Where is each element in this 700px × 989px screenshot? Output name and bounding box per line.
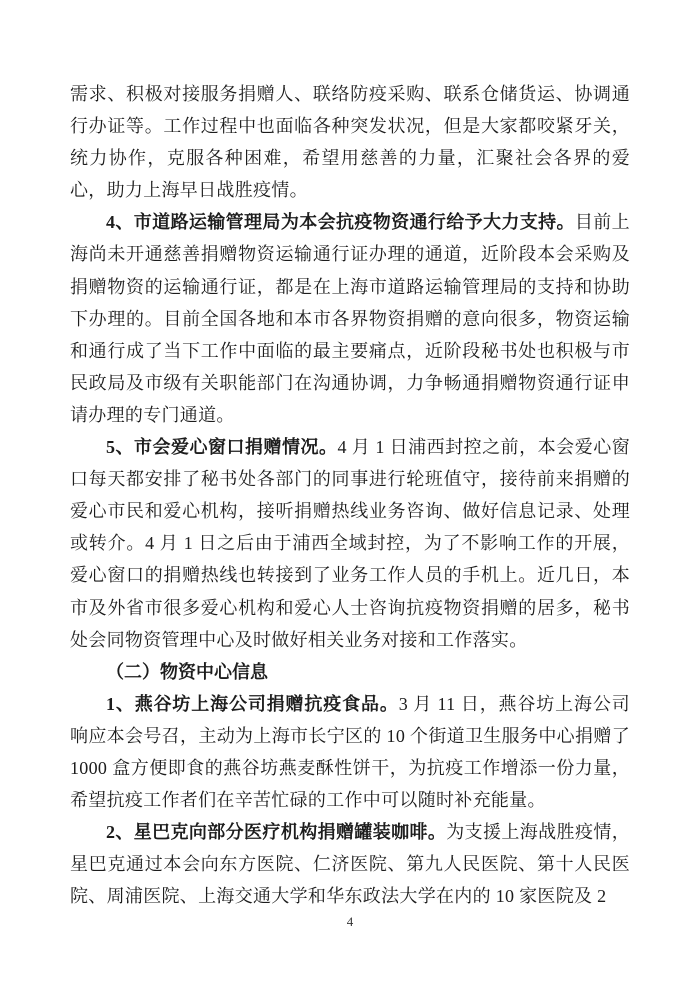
item-4-heading: 4、市道路运输管理局为本会抗疫物资通行给予大力支持。 [106, 212, 575, 232]
paragraph-item-4: 4、市道路运输管理局为本会抗疫物资通行给予大力支持。目前上海尚未开通慈善捐赠物资… [70, 206, 630, 431]
document-page: 需求、积极对接服务捐赠人、联络防疫采购、联系仓储货运、协调通行办证等。工作过程中… [0, 0, 700, 989]
paragraph-continuation: 需求、积极对接服务捐赠人、联络防疫采购、联系仓储货运、协调通行办证等。工作过程中… [70, 78, 630, 206]
section-2-heading-text: （二）物资中心信息 [106, 662, 268, 682]
paragraph-continuation-text: 需求、积极对接服务捐赠人、联络防疫采购、联系仓储货运、协调通行办证等。工作过程中… [70, 84, 630, 200]
section2-item-2-heading: 2、星巴克向部分医疗机构捐赠罐装咖啡。 [106, 822, 446, 842]
document-body: 需求、积极对接服务捐赠人、联络防疫采购、联系仓储货运、协调通行办证等。工作过程中… [70, 78, 630, 912]
section-2-heading: （二）物资中心信息 [70, 656, 630, 688]
item-4-body: 目前上海尚未开通慈善捐赠物资运输通行证办理的通道，近阶段本会采购及捐赠物资的运输… [70, 212, 630, 425]
page-number: 4 [0, 914, 700, 930]
item-5-body: 4 月 1 日浦西封控之前，本会爱心窗口每天都安排了秘书处各部门的同事进行轮班值… [70, 437, 630, 650]
item-5-heading: 5、市会爱心窗口捐赠情况。 [106, 437, 338, 457]
section2-item-1-heading: 1、燕谷坊上海公司捐赠抗疫食品。 [106, 694, 399, 714]
paragraph-section2-item-2: 2、星巴克向部分医疗机构捐赠罐装咖啡。为支援上海战胜疫情，星巴克通过本会向东方医… [70, 816, 630, 912]
paragraph-section2-item-1: 1、燕谷坊上海公司捐赠抗疫食品。3 月 11 日，燕谷坊上海公司响应本会号召，主… [70, 688, 630, 816]
paragraph-item-5: 5、市会爱心窗口捐赠情况。4 月 1 日浦西封控之前，本会爱心窗口每天都安排了秘… [70, 431, 630, 656]
